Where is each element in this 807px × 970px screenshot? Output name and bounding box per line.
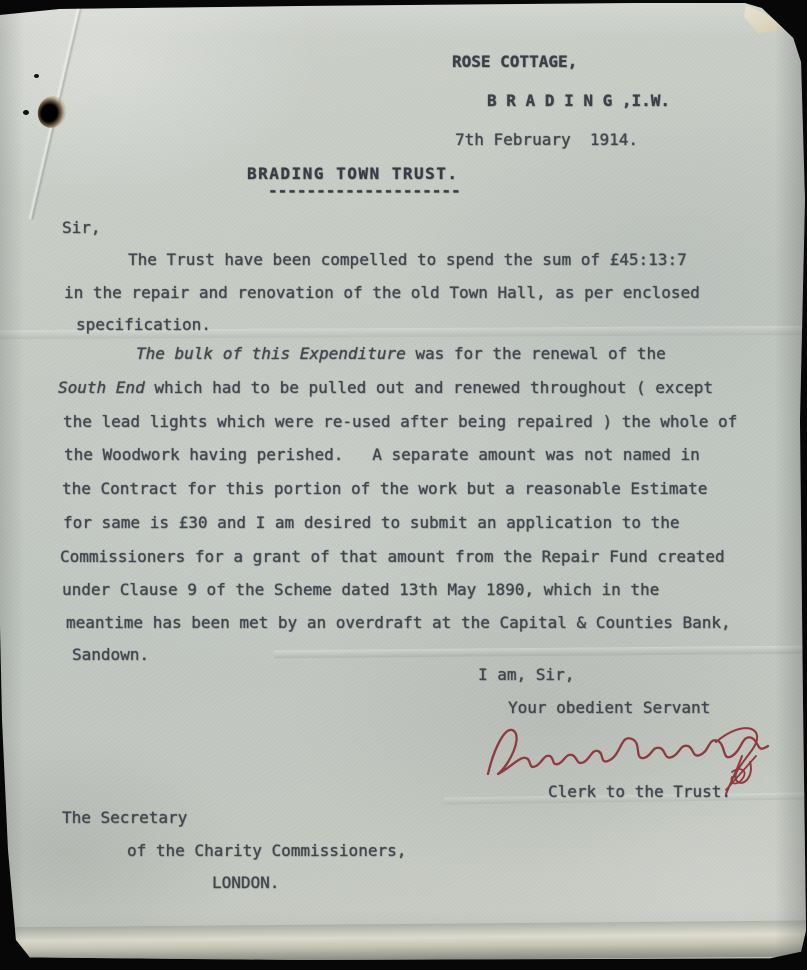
body-line: meantime has been met by an overdraft at… bbox=[66, 613, 731, 633]
crease-horizontal-middle bbox=[274, 646, 807, 659]
body-line: in the repair and renovation of the old … bbox=[64, 283, 700, 303]
body-line: specification. bbox=[76, 315, 211, 335]
body-text: which had to be pulled out and renewed t… bbox=[145, 378, 713, 397]
date-line: 7th February 1914. bbox=[455, 130, 638, 150]
closing-role: Clerk to the Trust. bbox=[548, 782, 731, 802]
body-line: the lead lights which were re-used after… bbox=[63, 412, 737, 432]
body-line: the Contract for this portion of the wor… bbox=[62, 479, 707, 499]
italic-phrase: The bulk of this Expenditure bbox=[136, 344, 406, 363]
letter-paper: ROSE COTTAGE, B R A D I N G ,I.W. 7th Fe… bbox=[0, 0, 807, 970]
body-line: The Trust have been compelled to spend t… bbox=[128, 250, 687, 270]
body-line: for same is £30 and I am desired to subm… bbox=[63, 513, 680, 533]
body-line: the Woodwork having perished. A separate… bbox=[64, 445, 700, 465]
ink-speck bbox=[23, 110, 29, 115]
bottom-fold-band bbox=[0, 920, 807, 963]
recipient-line3: LONDON. bbox=[212, 873, 279, 893]
sender-address-line1: ROSE COTTAGE, bbox=[452, 52, 577, 72]
sender-address-line2: B R A D I N G ,I.W. bbox=[487, 91, 670, 111]
ink-speck bbox=[34, 74, 39, 78]
recipient-line2: of the Charity Commissioners, bbox=[127, 841, 406, 861]
body-text: was for the renewal of the bbox=[406, 344, 666, 363]
body-line: The bulk of this Expenditure was for the… bbox=[136, 344, 666, 364]
closing-i-am: I am, Sir, bbox=[478, 665, 574, 685]
top-right-corner-fold bbox=[744, 2, 792, 34]
body-line: South End which had to be pulled out and… bbox=[58, 378, 713, 398]
title-underline: -------------------- bbox=[268, 181, 461, 201]
body-line: Sandown. bbox=[72, 645, 149, 665]
recipient-line1: The Secretary bbox=[62, 808, 187, 828]
punch-hole bbox=[34, 92, 71, 131]
italic-phrase: South End bbox=[58, 378, 145, 397]
body-line: under Clause 9 of the Scheme dated 13th … bbox=[62, 580, 659, 600]
salutation: Sir, bbox=[62, 218, 101, 238]
body-line: Commissioners for a grant of that amount… bbox=[60, 547, 725, 567]
